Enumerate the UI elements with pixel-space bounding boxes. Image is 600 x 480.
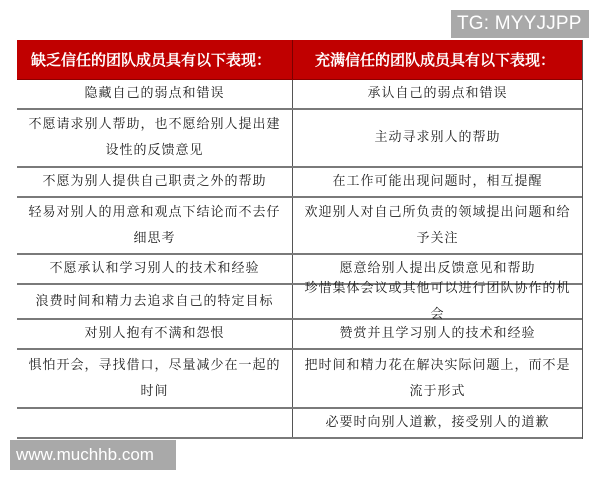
watermark-tg: TG: MYYJJPP <box>451 10 589 38</box>
watermark-site: www.muchhb.com <box>10 440 176 470</box>
cell-lacking-trust: 惧怕开会，寻找借口，尽量减少在一起的时间 <box>17 350 293 407</box>
cell-full-trust: 必要时向别人道歉，接受别人的道歉 <box>293 409 582 437</box>
cell-lacking-trust: 轻易对别人的用意和观点下结论而不去仔细思考 <box>17 198 293 253</box>
cell-lacking-trust: 对别人抱有不满和怨恨 <box>17 320 293 348</box>
header-full-trust: 充满信任的团队成员具有以下表现： <box>293 40 582 79</box>
table-row: 不愿为别人提供自己职责之外的帮助 在工作可能出现问题时，相互提醒 <box>17 168 582 198</box>
cell-full-trust: 把时间和精力花在解决实际问题上，而不是流于形式 <box>293 350 582 407</box>
cell-lacking-trust: 隐藏自己的弱点和错误 <box>17 80 293 108</box>
cell-lacking-trust <box>17 409 293 437</box>
cell-lacking-trust: 不愿请求别人帮助，也不愿给别人提出建设性的反馈意见 <box>17 110 293 166</box>
cell-full-trust: 珍惜集体会议或其他可以进行团队协作的机会 <box>293 285 582 318</box>
cell-lacking-trust: 浪费时间和精力去追求自己的特定目标 <box>17 285 293 318</box>
table-header: 缺乏信任的团队成员具有以下表现： 充满信任的团队成员具有以下表现： <box>17 40 582 80</box>
table-row: 轻易对别人的用意和观点下结论而不去仔细思考 欢迎别人对自己所负责的领域提出问题和… <box>17 198 582 255</box>
table-row: 不愿请求别人帮助，也不愿给别人提出建设性的反馈意见 主动寻求别人的帮助 <box>17 110 582 168</box>
table-row: 惧怕开会，寻找借口，尽量减少在一起的时间 把时间和精力花在解决实际问题上，而不是… <box>17 350 582 409</box>
table-row: 隐藏自己的弱点和错误 承认自己的弱点和错误 <box>17 80 582 110</box>
cell-lacking-trust: 不愿为别人提供自己职责之外的帮助 <box>17 168 293 196</box>
cell-full-trust: 赞赏并且学习别人的技术和经验 <box>293 320 582 348</box>
table-row: 必要时向别人道歉，接受别人的道歉 <box>17 409 582 439</box>
cell-full-trust: 承认自己的弱点和错误 <box>293 80 582 108</box>
trust-comparison-table: 缺乏信任的团队成员具有以下表现： 充满信任的团队成员具有以下表现： 隐藏自己的弱… <box>17 40 583 439</box>
header-lacking-trust: 缺乏信任的团队成员具有以下表现： <box>17 40 293 79</box>
cell-lacking-trust: 不愿承认和学习别人的技术和经验 <box>17 255 293 283</box>
table-row: 对别人抱有不满和怨恨 赞赏并且学习别人的技术和经验 <box>17 320 582 350</box>
cell-full-trust: 在工作可能出现问题时，相互提醒 <box>293 168 582 196</box>
cell-full-trust: 欢迎别人对自己所负责的领域提出问题和给予关注 <box>293 198 582 253</box>
cell-full-trust: 主动寻求别人的帮助 <box>293 110 582 166</box>
table-row: 浪费时间和精力去追求自己的特定目标 珍惜集体会议或其他可以进行团队协作的机会 <box>17 285 582 320</box>
